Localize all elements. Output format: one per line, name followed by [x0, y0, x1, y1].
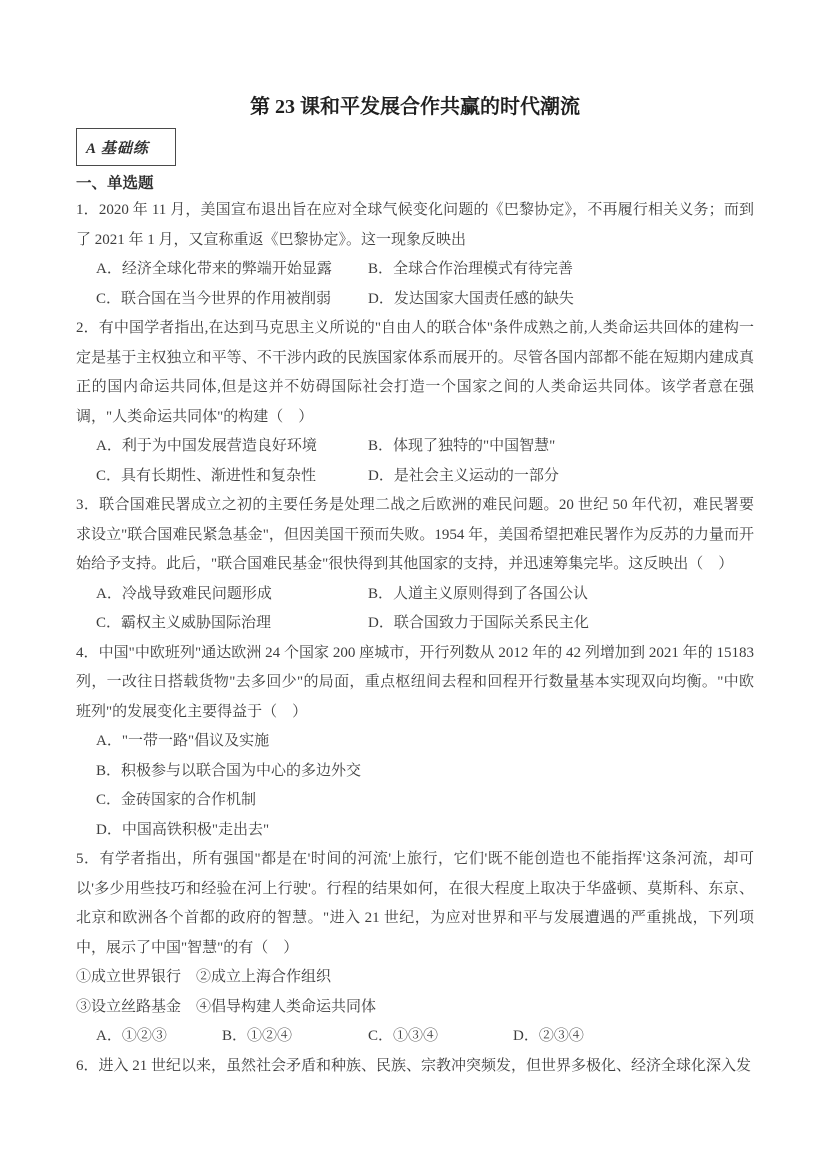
question-stem: 2．有中国学者指出,在达到马克思主义所说的"自由人的联合体"条件成熟之前,人类命…: [76, 314, 754, 432]
option-row: A．冷战导致难民问题形成 B．人道主义原则得到了各国公认: [76, 580, 754, 610]
badge-label: A 基础练: [86, 137, 149, 158]
option-d: D．是社会主义运动的一部分: [368, 462, 754, 492]
option-c: C．霸权主义威胁国际治理: [96, 609, 368, 639]
question-stem: 3．联合国难民署成立之初的主要任务是处理二战之后欧洲的难民问题。20 世纪 50…: [76, 491, 754, 580]
option-row: C．联合国在当今世界的作用被削弱 D．发达国家大国责任感的缺失: [76, 285, 754, 315]
option-row: A．利于为中国发展营造良好环境 B．体现了独特的"中国智慧": [76, 432, 754, 462]
option-b: B．人道主义原则得到了各国公认: [368, 580, 754, 610]
question-stem: 6．进入 21 世纪以来，虽然社会矛盾和种族、民族、宗教冲突频发，但世界多极化、…: [76, 1052, 754, 1082]
option-c: C．金砖国家的合作机制: [76, 786, 754, 816]
option-b: B．体现了独特的"中国智慧": [368, 432, 754, 462]
option-b: B．①②④: [222, 1022, 368, 1052]
question-block-6: 6．进入 21 世纪以来，虽然社会矛盾和种族、民族、宗教冲突频发，但世界多极化、…: [76, 1052, 754, 1082]
option-a: A．"一带一路"倡议及实施: [76, 727, 754, 757]
exam-page: 第 23 课和平发展合作共赢的时代潮流 A 基础练 一、单选题 1．2020 年…: [0, 0, 827, 1169]
numbered-item-line: ①成立世界银行 ②成立上海合作组织: [76, 963, 754, 993]
question-stem: 4．中国"中欧班列"通达欧洲 24 个国家 200 座城市，开行列数从 2012…: [76, 639, 754, 728]
option-b: B．全球合作治理模式有待完善: [368, 255, 754, 285]
questions-container: 1．2020 年 11 月，美国宣布退出旨在应对全球气候变化问题的《巴黎协定》，…: [76, 196, 754, 1081]
question-block-5: 5．有学者指出，所有强国"都是在'时间的河流'上旅行，它们'既不能创造也不能指挥…: [76, 845, 754, 1052]
exam-title: 第 23 课和平发展合作共赢的时代潮流: [76, 94, 754, 120]
option-c: C．联合国在当今世界的作用被削弱: [96, 285, 368, 315]
option-row: C．霸权主义威胁国际治理 D．联合国致力于国际关系民主化: [76, 609, 754, 639]
option-b: B．积极参与以联合国为中心的多边外交: [76, 757, 754, 787]
option-d: D．②③④: [513, 1022, 584, 1052]
question-block-1: 1．2020 年 11 月，美国宣布退出旨在应对全球气候变化问题的《巴黎协定》，…: [76, 196, 754, 314]
question-block-4: 4．中国"中欧班列"通达欧洲 24 个国家 200 座城市，开行列数从 2012…: [76, 639, 754, 846]
option-a: A．①②③: [96, 1022, 222, 1052]
question-stem: 5．有学者指出，所有强国"都是在'时间的河流'上旅行，它们'既不能创造也不能指挥…: [76, 845, 754, 963]
question-stem: 1．2020 年 11 月，美国宣布退出旨在应对全球气候变化问题的《巴黎协定》，…: [76, 196, 754, 255]
section-heading: 一、单选题: [76, 171, 754, 196]
option-c: C．具有长期性、渐进性和复杂性: [96, 462, 368, 492]
option-d: D．联合国致力于国际关系民主化: [368, 609, 754, 639]
option-c: C．①③④: [368, 1022, 513, 1052]
option-row: C．具有长期性、渐进性和复杂性 D．是社会主义运动的一部分: [76, 462, 754, 492]
option-a: A．冷战导致难民问题形成: [96, 580, 368, 610]
option-a: A．利于为中国发展营造良好环境: [96, 432, 368, 462]
question-block-3: 3．联合国难民署成立之初的主要任务是处理二战之后欧洲的难民问题。20 世纪 50…: [76, 491, 754, 639]
basic-practice-badge: A 基础练: [76, 128, 176, 166]
option-d: D．发达国家大国责任感的缺失: [368, 285, 754, 315]
option-row: A．①②③ B．①②④ C．①③④ D．②③④: [76, 1022, 754, 1052]
option-row: A．经济全球化带来的弊端开始显露 B．全球合作治理模式有待完善: [76, 255, 754, 285]
numbered-item-line: ③设立丝路基金 ④倡导构建人类命运共同体: [76, 993, 754, 1023]
option-d: D．中国高铁积极"走出去": [76, 816, 754, 846]
question-block-2: 2．有中国学者指出,在达到马克思主义所说的"自由人的联合体"条件成熟之前,人类命…: [76, 314, 754, 491]
option-a: A．经济全球化带来的弊端开始显露: [96, 255, 368, 285]
